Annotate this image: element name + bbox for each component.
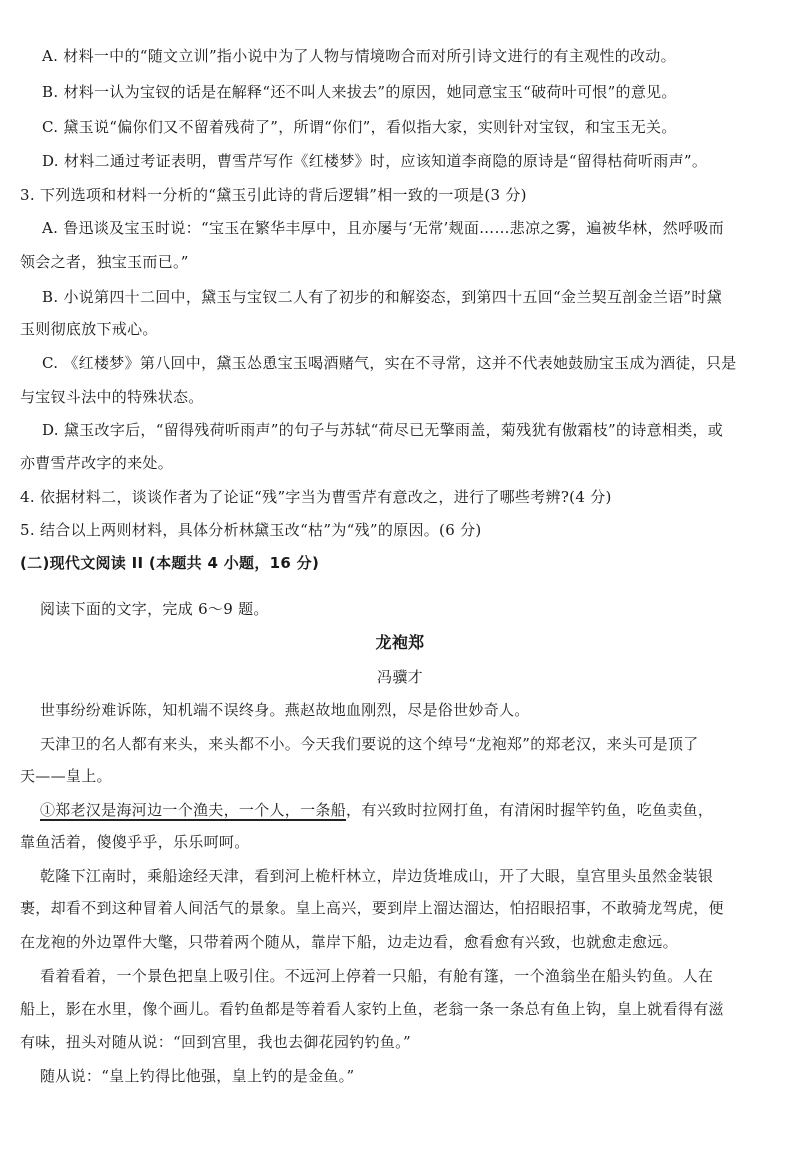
paragraph-4-cont-1: 船上，影在水里，像个画儿。看钓鱼都是等着看人家钓上鱼，老翁一条一条总有鱼上钩，皇… [20,999,724,1019]
story-author: 冯骥才 [0,667,800,687]
story-title: 龙袍郑 [0,633,800,653]
story-poem: 世事纷纷难诉陈，知机端不误终身。燕赵故地血刚烈，尽是俗世妙奇人。 [40,700,530,720]
q3-option-c: C. 《红楼梦》第八回中，黛玉怂恿宝玉喝酒赌气，实在不寻常，这并不代表她鼓励宝玉… [42,353,737,373]
paragraph-3-cont-2: 在龙袍的外边罩件大氅，只带着两个随从，靠岸下船，边走边看，愈看愈有兴致，也就愈走… [20,932,678,952]
paragraph-2-cont: 靠鱼活着，傻傻乎乎，乐乐呵呵。 [20,832,250,852]
paragraph-4: 看着看着，一个景色把皇上吸引住。不远河上停着一只船，有舱有篷，一个渔翁坐在船头钓… [40,966,713,986]
paragraph-3-cont-1: 裹，却看不到这种冒着人间活气的景象。皇上高兴，要到岸上溜达溜达，怕招眼招事，不敢… [20,898,724,918]
section-intro: 阅读下面的文字，完成 6～9 题。 [40,599,269,619]
q2-option-d: D. 材料二通过考证表明，曹雪芹写作《红楼梦》时，应该知道李商隐的原诗是“留得枯… [42,151,707,171]
q3-option-b: B. 小说第四十二回中，黛玉与宝钗二人有了初步的和解姿态，到第四十五回“金兰契互… [42,287,722,307]
q3-option-d: D. 黛玉改字后，“留得残荷听雨声”的句子与苏轼“荷尽已无擎雨盖，菊残犹有傲霜枝… [42,420,723,440]
q3-option-a-cont: 领会之者，独宝玉而已。” [20,252,189,272]
q3-option-b-cont: 玉则彻底放下戒心。 [20,319,158,339]
q3-option-c-cont: 与宝钗斗法中的特殊状态。 [20,387,204,407]
paragraph-2: ①郑老汉是海河边一个渔夫，一个人，一条船，有兴致时拉网打鱼，有清闲时握竿钓鱼，吃… [40,800,713,820]
q2-option-c: C. 黛玉说“偏你们又不留着残荷了”，所谓“你们”，看似指大家，实则针对宝钗，和… [42,117,677,137]
paragraph-3: 乾隆下江南时，乘船途经天津，看到河上桅杆林立，岸边货堆成山，开了大眼，皇宫里头虽… [40,866,713,886]
q5: 5. 结合以上两则材料，具体分析林黛玉改“枯”为“残”的原因。(6 分) [20,520,482,540]
q2-option-a: A. 材料一中的“随文立训”指小说中为了人物与情境吻合而对所引诗文进行的有主观性… [42,46,676,66]
paragraph-1-cont: 天——皇上。 [20,766,112,786]
q3-option-d-cont: 亦曹雪芹改字的来处。 [20,453,173,473]
paragraph-2-rest: ，有兴致时拉网打鱼，有清闲时握竿钓鱼，吃鱼卖鱼， [346,801,713,819]
paragraph-4-cont-2: 有味，扭头对随从说：“回到宫里，我也去御花园钓钓鱼。” [20,1032,411,1052]
paragraph-1: 天津卫的名人都有来头，来头都不小。今天我们要说的这个绰号“龙袍郑”的郑老汉，来头… [40,734,699,754]
q3-stem: 3. 下列选项和材料一分析的“黛玉引此诗的背后逻辑”相一致的一项是(3 分) [20,185,527,205]
q2-option-b: B. 材料一认为宝钗的话是在解释“还不叫人来拔去”的原因，她同意宝玉“破荷叶可恨… [42,82,677,102]
paragraph-5: 随从说：“皇上钓得比他强，皇上钓的是金鱼。” [40,1066,354,1086]
q3-option-a: A. 鲁迅谈及宝玉时说：“宝玉在繁华丰厚中，且亦屡与‘无常’觌面……悲凉之雾，遍… [42,218,724,238]
q4: 4. 依据材料二，谈谈作者为了论证“残”字当为曹雪芹有意改之，进行了哪些考辨?(… [20,487,612,507]
underlined-sentence-1: ①郑老汉是海河边一个渔夫，一个人，一条船 [40,801,346,819]
section-heading: (二)现代文阅读 II (本题共 4 小题，16 分) [20,553,319,573]
